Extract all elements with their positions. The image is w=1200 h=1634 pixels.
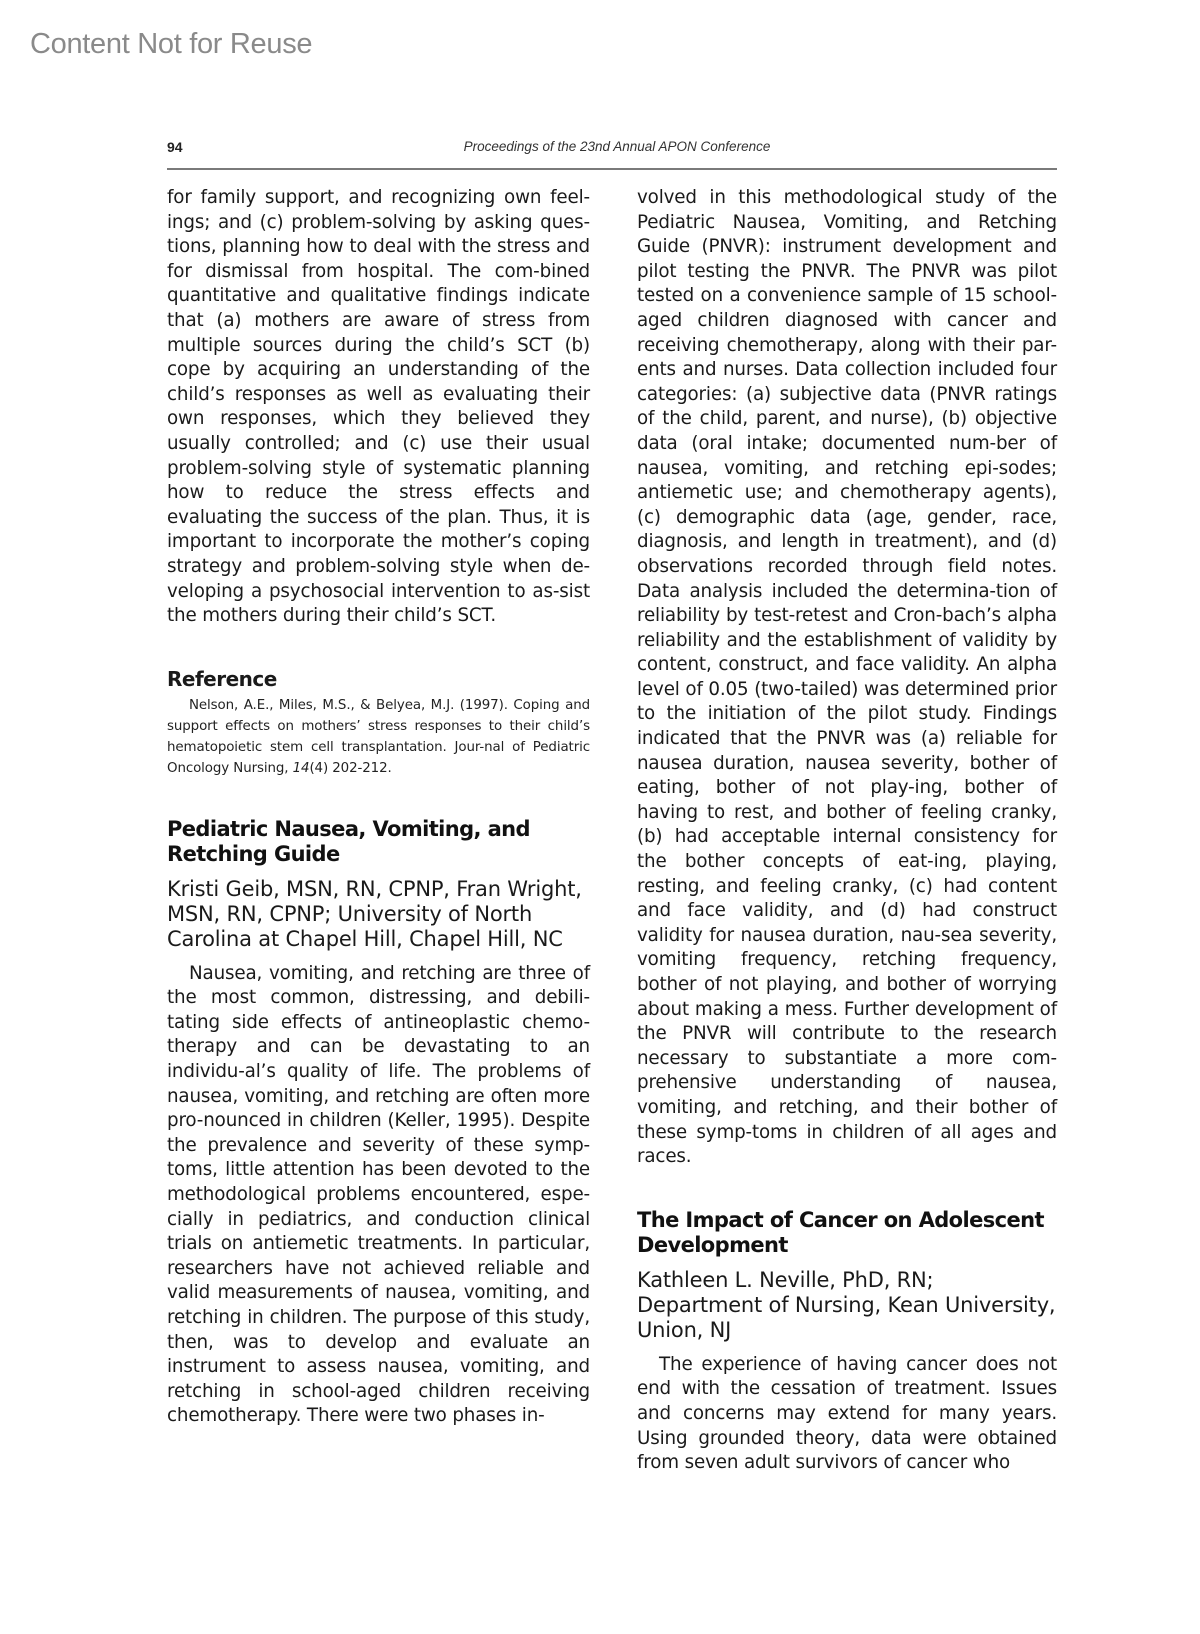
reference-entry: Nelson, A.E., Miles, M.S., & Belyea, M.J… (167, 695, 590, 779)
continuation-paragraph: for family support, and recognizing own … (167, 186, 590, 629)
article-authors: Kristi Geib, MSN, RN, CPNP, Fran Wright,… (167, 877, 590, 952)
article-body: Nausea, vomiting, and retching are three… (167, 962, 590, 1429)
journal-title: Proceedings of the 23nd Annual APON Conf… (167, 139, 1057, 154)
article-authors: Kathleen L. Neville, PhD, RN; Department… (637, 1268, 1057, 1343)
continuation-paragraph: volved in this methodological study of t… (637, 186, 1057, 1170)
article-title: Pediatric Nausea, Vomiting, and Retching… (167, 817, 590, 867)
right-column: volved in this methodological study of t… (637, 186, 1057, 1476)
running-head: 94 Proceedings of the 23nd Annual APON C… (167, 137, 1057, 159)
reference-heading: Reference (167, 667, 590, 691)
reference-volume: 14 (293, 761, 310, 776)
watermark: Content Not for Reuse (30, 28, 312, 61)
reference-issue-pages: (4) 202-212. (309, 761, 391, 776)
header-rule (167, 168, 1057, 170)
article-body: The experience of having cancer does not… (637, 1353, 1057, 1476)
article-title: The Impact of Cancer on Adolescent Devel… (637, 1208, 1057, 1258)
left-column: for family support, and recognizing own … (167, 186, 590, 1429)
